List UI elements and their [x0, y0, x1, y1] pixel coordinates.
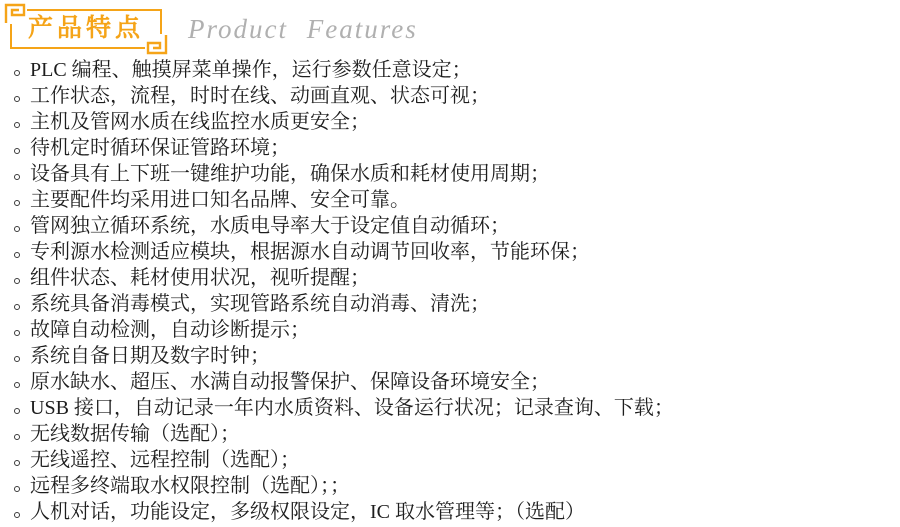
feature-text: 待机定时循环保证管路环境； — [30, 135, 290, 161]
list-item: 主要配件均采用进口知名品牌、安全可靠。 — [12, 187, 900, 213]
circle-bullet-icon — [14, 304, 20, 310]
list-item: 远程多终端取水权限控制（选配）；； — [12, 473, 900, 499]
feature-text: 无线数据传输（选配）； — [30, 421, 240, 447]
list-item: 无线数据传输（选配）； — [12, 421, 900, 447]
feature-text: 主机及管网水质在线监控水质更安全； — [30, 109, 370, 135]
circle-bullet-icon — [14, 278, 20, 284]
feature-text: 组件状态、耗材使用状况，视听提醒； — [30, 265, 370, 291]
feature-text: 主要配件均采用进口知名品牌、安全可靠。 — [30, 187, 410, 213]
circle-bullet-icon — [14, 226, 20, 232]
list-item: 管网独立循环系统，水质电导率大于设定值自动循环； — [12, 213, 900, 239]
circle-bullet-icon — [14, 174, 20, 180]
feature-text: 人机对话，功能设定，多级权限设定，IC 取水管理等；（选配） — [30, 499, 585, 525]
feature-text: 管网独立循环系统，水质电导率大于设定值自动循环； — [30, 213, 510, 239]
circle-bullet-icon — [14, 408, 20, 414]
list-item: 工作状态，流程，时时在线、动画直观、状态可视； — [12, 83, 900, 109]
feature-text: 远程多终端取水权限控制（选配）；； — [30, 473, 350, 499]
circle-bullet-icon — [14, 96, 20, 102]
feature-text: 系统具备消毒模式，实现管路系统自动消毒、清洗； — [30, 291, 490, 317]
section-title: 产品特点 — [28, 14, 144, 42]
circle-bullet-icon — [14, 434, 20, 440]
section-title-badge: 产品特点 — [10, 9, 162, 49]
page-header: 产品特点 Product Features — [0, 0, 900, 51]
fret-ornament-icon — [145, 34, 169, 56]
feature-text: USB 接口，自动记录一年内水质资料、设备运行状况；记录查询、下载； — [30, 395, 674, 421]
feature-text: 系统自备日期及数字时钟； — [30, 343, 270, 369]
circle-bullet-icon — [14, 356, 20, 362]
list-item: USB 接口，自动记录一年内水质资料、设备运行状况；记录查询、下载； — [12, 395, 900, 421]
circle-bullet-icon — [14, 486, 20, 492]
circle-bullet-icon — [14, 70, 20, 76]
list-item: 设备具有上下班一键维护功能，确保水质和耗材使用周期； — [12, 161, 900, 187]
list-item: 人机对话，功能设定，多级权限设定，IC 取水管理等；（选配） — [12, 499, 900, 525]
circle-bullet-icon — [14, 330, 20, 336]
list-item: 专利源水检测适应模块，根据源水自动调节回收率，节能环保； — [12, 239, 900, 265]
circle-bullet-icon — [14, 200, 20, 206]
list-item: 故障自动检测，自动诊断提示； — [12, 317, 900, 343]
feature-text: 故障自动检测，自动诊断提示； — [30, 317, 310, 343]
list-item: 系统具备消毒模式，实现管路系统自动消毒、清洗； — [12, 291, 900, 317]
list-item: 原水缺水、超压、水满自动报警保护、保障设备环境安全； — [12, 369, 900, 395]
circle-bullet-icon — [14, 512, 20, 518]
feature-text: 专利源水检测适应模块，根据源水自动调节回收率，节能环保； — [30, 239, 590, 265]
circle-bullet-icon — [14, 148, 20, 154]
list-item: PLC 编程、触摸屏菜单操作，运行参数任意设定； — [12, 57, 900, 83]
list-item: 待机定时循环保证管路环境； — [12, 135, 900, 161]
list-item: 无线遥控、远程控制（选配）； — [12, 447, 900, 473]
circle-bullet-icon — [14, 122, 20, 128]
list-item: 组件状态、耗材使用状况，视听提醒； — [12, 265, 900, 291]
feature-text: 工作状态，流程，时时在线、动画直观、状态可视； — [30, 83, 490, 109]
feature-text: 原水缺水、超压、水满自动报警保护、保障设备环境安全； — [30, 369, 550, 395]
fret-ornament-icon — [3, 2, 27, 24]
list-item: 系统自备日期及数字时钟； — [12, 343, 900, 369]
circle-bullet-icon — [14, 460, 20, 466]
list-item: 主机及管网水质在线监控水质更安全； — [12, 109, 900, 135]
feature-text: 无线遥控、远程控制（选配）； — [30, 447, 300, 473]
feature-text: PLC 编程、触摸屏菜单操作，运行参数任意设定； — [30, 57, 472, 83]
circle-bullet-icon — [14, 252, 20, 258]
section-subtitle: Product Features — [188, 14, 418, 45]
circle-bullet-icon — [14, 382, 20, 388]
feature-list: PLC 编程、触摸屏菜单操作，运行参数任意设定； 工作状态，流程，时时在线、动画… — [0, 57, 900, 525]
feature-text: 设备具有上下班一键维护功能，确保水质和耗材使用周期； — [30, 161, 550, 187]
